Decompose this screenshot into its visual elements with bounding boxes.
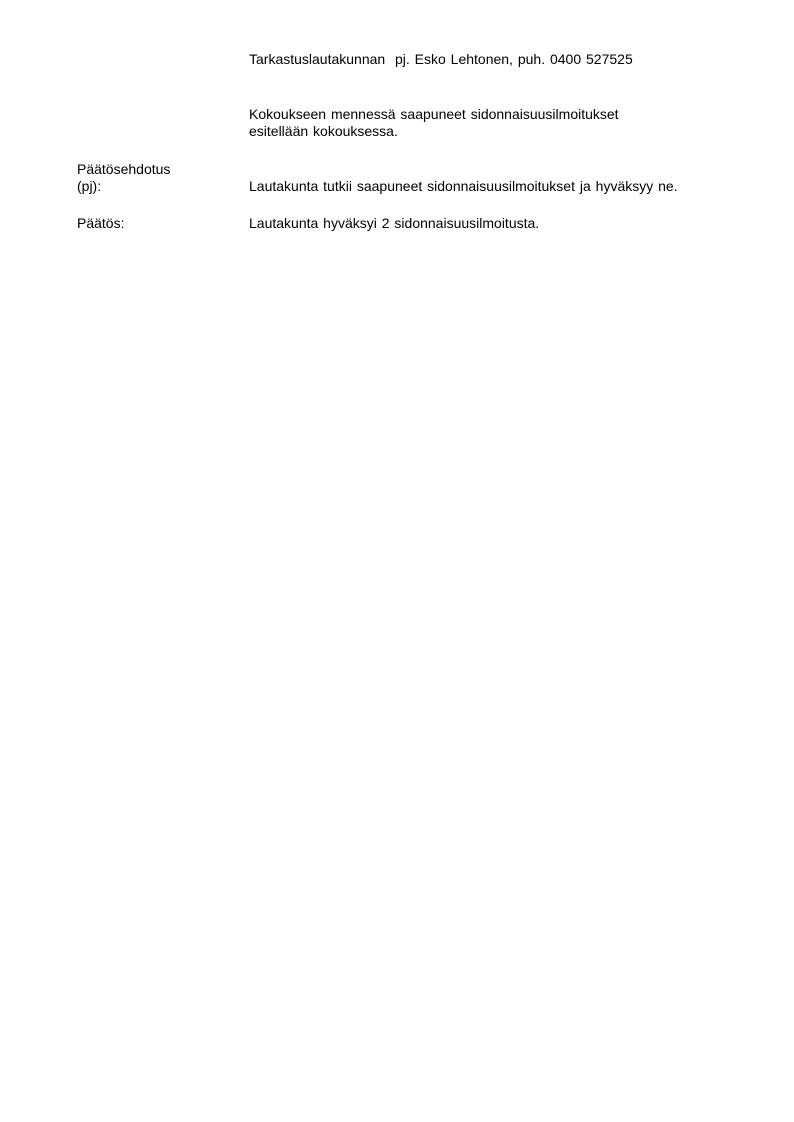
contact-line: Tarkastuslautakunnan pj. Esko Lehtonen, … bbox=[249, 51, 633, 68]
proposal-label-line-2: (pj): bbox=[77, 178, 101, 195]
intro-text-line-1: Kokoukseen mennessä saapuneet sidonnaisu… bbox=[249, 106, 619, 123]
decision-label: Päätös: bbox=[77, 215, 124, 232]
proposal-text: Lautakunta tutkii saapuneet sidonnaisuus… bbox=[249, 178, 678, 195]
intro-text-line-2: esitellään kokouksessa. bbox=[249, 123, 398, 140]
decision-text: Lautakunta hyväksyi 2 sidonnaisuusilmoit… bbox=[249, 215, 539, 232]
proposal-label-line-1: Päätösehdotus bbox=[77, 161, 170, 178]
